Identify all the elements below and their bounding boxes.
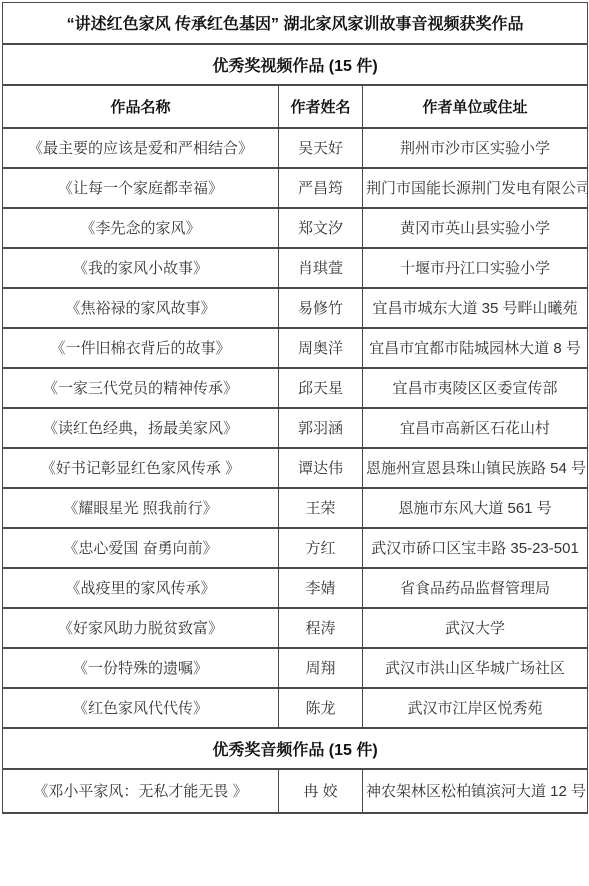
table-row: 《红色家风代代传》 陈龙 武汉市江岸区悦秀苑 (3, 688, 588, 728)
author-name: 吴天好 (279, 128, 363, 168)
author-address: 武汉市江岸区悦秀苑 (363, 688, 588, 728)
author-address: 荆州市沙市区实验小学 (363, 128, 588, 168)
work-title: 《焦裕禄的家风故事》 (3, 288, 279, 328)
table-row: 《好家风助力脱贫致富》 程涛 武汉大学 (3, 608, 588, 648)
table-row: 《让每一个家庭都幸福》 严昌筠 荆门市国能长源荆门发电有限公司 (3, 168, 588, 208)
column-header-row: 作品名称 作者姓名 作者单位或住址 (3, 85, 588, 128)
author-name: 王荣 (279, 488, 363, 528)
table-title-row: “讲述红色家风 传承红色基因” 湖北家风家训故事音视频获奖作品 (3, 3, 588, 44)
column-header-author-name: 作者姓名 (279, 85, 363, 128)
video-section-header: 优秀奖视频作品 (15 件) (3, 44, 588, 85)
author-address: 恩施州宣恩县珠山镇民族路 54 号 (363, 448, 588, 488)
table-row: 《焦裕禄的家风故事》 易修竹 宜昌市城东大道 35 号畔山曦苑 (3, 288, 588, 328)
table-row: 《邓小平家风：无私才能无畏 》 冉 姣 神农架林区松柏镇滨河大道 12 号 (3, 769, 588, 813)
table-row: 《最主要的应该是爱和严相结合》 吴天好 荆州市沙市区实验小学 (3, 128, 588, 168)
author-name: 谭达伟 (279, 448, 363, 488)
author-address: 黄冈市英山县实验小学 (363, 208, 588, 248)
author-name: 周奥洋 (279, 328, 363, 368)
author-address: 恩施市东风大道 561 号 (363, 488, 588, 528)
table-row: 《耀眼星光 照我前行》 王荣 恩施市东风大道 561 号 (3, 488, 588, 528)
author-address: 武汉市硚口区宝丰路 35-23-501 (363, 528, 588, 568)
author-address: 宜昌市高新区石花山村 (363, 408, 588, 448)
table-row: 《我的家风小故事》 肖琪萱 十堰市丹江口实验小学 (3, 248, 588, 288)
work-title: 《好书记彰显红色家风传承 》 (3, 448, 279, 488)
table-row: 《一家三代党员的精神传承》 邱天星 宜昌市夷陵区区委宣传部 (3, 368, 588, 408)
work-title: 《我的家风小故事》 (3, 248, 279, 288)
work-title: 《一份特殊的遗嘱》 (3, 648, 279, 688)
work-title: 《邓小平家风：无私才能无畏 》 (3, 769, 279, 813)
work-title: 《李先念的家风》 (3, 208, 279, 248)
document-page: “讲述红色家风 传承红色基因” 湖北家风家训故事音视频获奖作品 优秀奖视频作品 … (0, 0, 589, 886)
author-name: 郭羽涵 (279, 408, 363, 448)
author-address: 宜昌市宜都市陆城园林大道 8 号 (363, 328, 588, 368)
document-title: “讲述红色家风 传承红色基因” 湖北家风家训故事音视频获奖作品 (3, 3, 588, 44)
work-title: 《忠心爱国 奋勇向前》 (3, 528, 279, 568)
work-title: 《好家风助力脱贫致富》 (3, 608, 279, 648)
author-name: 冉 姣 (279, 769, 363, 813)
work-title: 《耀眼星光 照我前行》 (3, 488, 279, 528)
work-title: 《一家三代党员的精神传承》 (3, 368, 279, 408)
author-name: 李婧 (279, 568, 363, 608)
author-address: 省食品药品监督管理局 (363, 568, 588, 608)
author-address: 十堰市丹江口实验小学 (363, 248, 588, 288)
work-title: 《最主要的应该是爱和严相结合》 (3, 128, 279, 168)
award-works-table: “讲述红色家风 传承红色基因” 湖北家风家训故事音视频获奖作品 优秀奖视频作品 … (2, 2, 588, 814)
audio-section-header: 优秀奖音频作品 (15 件) (3, 728, 588, 769)
table-row: 《战疫里的家风传承》 李婧 省食品药品监督管理局 (3, 568, 588, 608)
table-row: 《忠心爱国 奋勇向前》 方红 武汉市硚口区宝丰路 35-23-501 (3, 528, 588, 568)
author-address: 武汉大学 (363, 608, 588, 648)
work-title: 《一件旧棉衣背后的故事》 (3, 328, 279, 368)
author-name: 严昌筠 (279, 168, 363, 208)
author-address: 武汉市洪山区华城广场社区 (363, 648, 588, 688)
column-header-author-address: 作者单位或住址 (363, 85, 588, 128)
author-address: 宜昌市城东大道 35 号畔山曦苑 (363, 288, 588, 328)
author-name: 陈龙 (279, 688, 363, 728)
author-name: 周翔 (279, 648, 363, 688)
author-name: 程涛 (279, 608, 363, 648)
work-title: 《战疫里的家风传承》 (3, 568, 279, 608)
work-title: 《红色家风代代传》 (3, 688, 279, 728)
table-row: 《李先念的家风》 郑文汐 黄冈市英山县实验小学 (3, 208, 588, 248)
table-row: 《读红色经典，扬最美家风》 郭羽涵 宜昌市高新区石花山村 (3, 408, 588, 448)
table-row: 《一份特殊的遗嘱》 周翔 武汉市洪山区华城广场社区 (3, 648, 588, 688)
audio-section-row: 优秀奖音频作品 (15 件) (3, 728, 588, 769)
author-name: 郑文汐 (279, 208, 363, 248)
work-title: 《读红色经典，扬最美家风》 (3, 408, 279, 448)
column-header-work-title: 作品名称 (3, 85, 279, 128)
video-section-row: 优秀奖视频作品 (15 件) (3, 44, 588, 85)
author-address: 荆门市国能长源荆门发电有限公司 (363, 168, 588, 208)
author-name: 易修竹 (279, 288, 363, 328)
author-name: 邱天星 (279, 368, 363, 408)
author-name: 方红 (279, 528, 363, 568)
table-row: 《好书记彰显红色家风传承 》 谭达伟 恩施州宣恩县珠山镇民族路 54 号 (3, 448, 588, 488)
author-address: 宜昌市夷陵区区委宣传部 (363, 368, 588, 408)
author-name: 肖琪萱 (279, 248, 363, 288)
table-row: 《一件旧棉衣背后的故事》 周奥洋 宜昌市宜都市陆城园林大道 8 号 (3, 328, 588, 368)
work-title: 《让每一个家庭都幸福》 (3, 168, 279, 208)
author-address: 神农架林区松柏镇滨河大道 12 号 (363, 769, 588, 813)
